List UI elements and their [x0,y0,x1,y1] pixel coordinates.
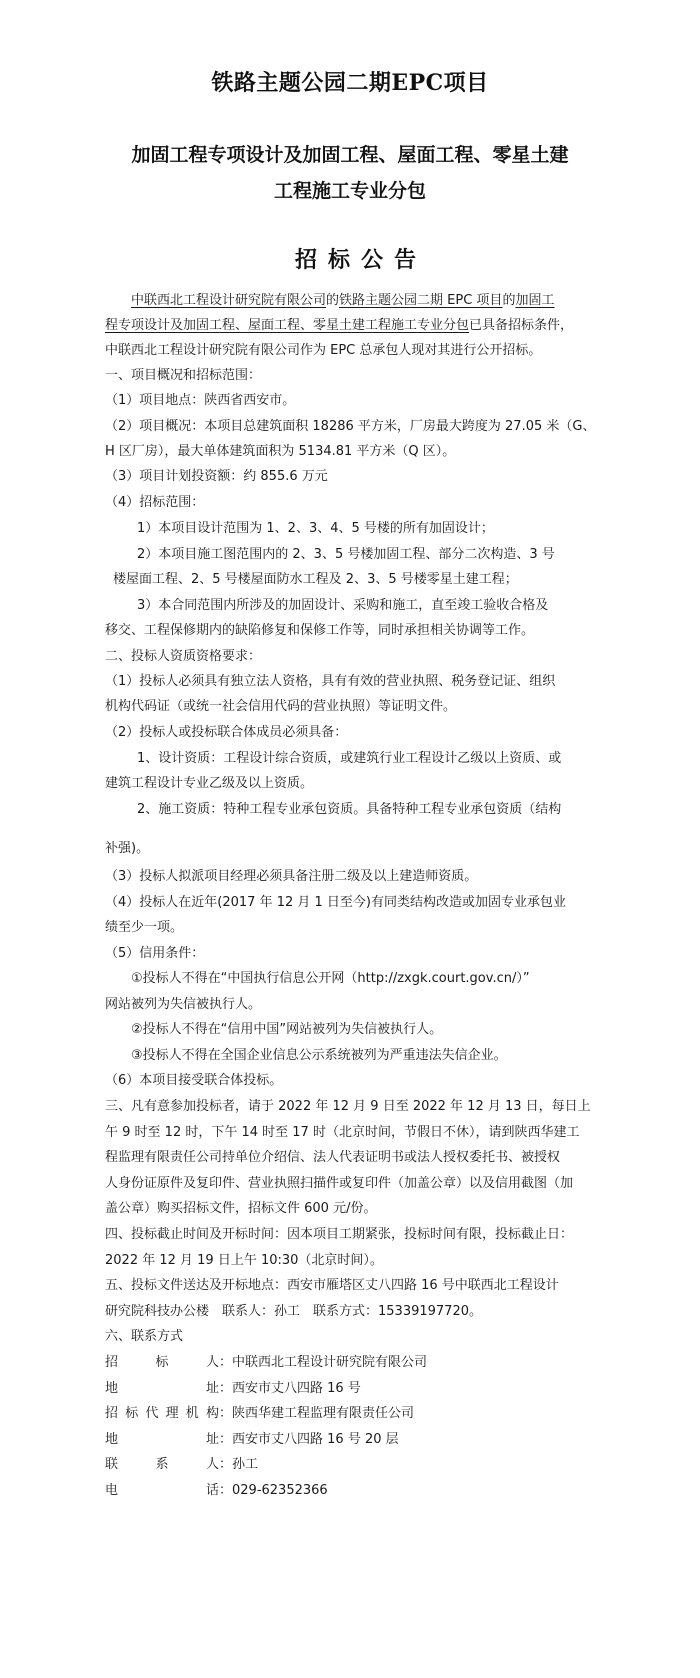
package-name-part-2: 程专项设计及加固工程、屋面工程、零星土建工程施工专业分包 [105,318,469,333]
section-6-heading: 六、联系方式 [105,1328,600,1346]
section-3-line-3: 程监理有限责任公司持单位介绍信、法人代表证明书或法人授权委托书、被授权 [105,1149,600,1167]
contact-label: 招标人 [105,1354,219,1372]
section-2-item-4-line-2: 绩至少一项。 [105,919,600,937]
contact-colon: ： [219,1406,232,1421]
contact-value: 西安市丈八四路 16 号 [232,1381,361,1396]
section-5-line-2: 研究院科技办公楼 联系人：孙工 联系方式：15339197720。 [105,1303,600,1321]
credit-condition-1-line-1: ①投标人不得在“中国执行信息公开网（http://zxgk.court.gov.… [105,970,626,988]
contact-label: 电话 [105,1482,219,1500]
contact-row-tenderee-address: 地址：西安市丈八四路 16 号 [105,1380,600,1398]
section-1-item-1: （1）项目地点：陕西省西安市。 [105,392,600,410]
contact-value: 西安市丈八四路 16 号 20 层 [232,1432,399,1447]
contact-row-phone: 电话：029-62352366 [105,1482,600,1500]
contact-colon: ： [219,1381,232,1396]
contact-row-agency-address: 地址：西安市丈八四路 16 号 20 层 [105,1431,600,1449]
section-4-line-2: 2022 年 12 月 19 日上午 10:30（北京时间）。 [105,1252,600,1270]
scope-1: 1）本项目设计范围为 1、2、3、4、5 号楼的所有加固设计； [105,520,632,538]
contact-value: 陕西华建工程监理有限责任公司 [232,1406,414,1421]
contact-label: 联系人 [105,1456,219,1474]
section-1-item-2-line-2: H 区厂房），最大单体建筑面积为 5134.81 平方米（Q 区）。 [105,443,600,461]
section-3-line-2: 午 9 时至 12 时，下午 14 时至 17 时（北京时间，节假日不休），请到… [105,1124,600,1142]
scope-2-line-2: 楼屋面工程、2、5 号楼屋面防水工程及 2、3、5 号楼零星土建工程； [105,571,608,589]
section-1-item-3: （3）项目计划投资额：约 855.6 万元 [105,468,600,486]
section-2-item-3: （3）投标人拟派项目经理必须具备注册二级及以上建造师资质。 [105,868,600,886]
qualification-1-line-2: 建筑工程设计专业乙级及以上资质。 [105,775,600,793]
intro-text: 的 [326,293,339,308]
section-2-item-2-heading: （2）投标人或投标联合体成员必须具备： [105,724,600,742]
intro-text: 的 [502,293,515,308]
contact-label: 地址 [105,1431,219,1449]
project-title: 铁路主题公园二期EPC项目 [0,66,700,97]
contact-value: 中联西北工程设计研究院有限公司 [232,1355,427,1370]
contact-value: 孙工 [232,1457,258,1472]
qualification-2-line-1: 2、施工资质：特种工程专业承包资质。具备特种工程专业承包资质（结构 [105,801,632,819]
scope-3-line-1: 3）本合同范围内所涉及的加固设计、采购和施工，直至竣工验收合格及 [105,597,632,615]
section-3-line-5: 盖公章）购买招标文件，招标文件 600 元/份。 [105,1200,600,1218]
scope-3-line-2: 移交、工程保修期内的缺陷修复和保修工作等，同时承担相关协调等工作。 [105,622,600,640]
contact-value: 029-62352366 [232,1483,328,1498]
scope-2-line-1: 2）本项目施工图范围内的 2、3、5 号楼加固工程、部分二次构造、3 号 [105,546,632,564]
contact-colon: ： [219,1355,232,1370]
contact-colon: ： [219,1483,232,1498]
section-1-item-4-heading: （4）招标范围： [105,494,600,512]
section-3-line-1: 三、凡有意参加投标者，请于 2022 年 12 月 9 日至 2022 年 12… [105,1098,600,1116]
credit-condition-2: ②投标人不得在“信用中国”网站被列为失信被执行人。 [105,1021,626,1039]
tenderee-name: 中联西北工程设计研究院有限公司 [131,293,326,308]
intro-line-2: 程专项设计及加固工程、屋面工程、零星土建工程施工专业分包已具备招标条件， [105,317,600,335]
section-1-heading: 一、项目概况和招标范围： [105,367,600,385]
contact-row-agency: 招标代理机构：陕西华建工程监理有限责任公司 [105,1405,600,1423]
credit-condition-1-line-2: 网站被列为失信被执行人。 [105,996,600,1014]
section-3-line-4: 人身份证原件及复印件、营业执照扫描件或复印件（加盖公章）以及信用截图（加 [105,1175,600,1193]
intro-text: 已具备招标条件， [469,318,573,333]
package-title-line-2: 工程施工专业分包 [0,176,700,203]
notice-heading: 招标公告 [0,243,700,274]
contact-row-tenderee: 招标人：中联西北工程设计研究院有限公司 [105,1354,600,1372]
credit-condition-3: ③投标人不得在全国企业信息公示系统被列为严重违法失信企业。 [105,1047,626,1065]
section-2-item-6: （6）本项目接受联合体投标。 [105,1072,600,1090]
contact-colon: ： [219,1432,232,1447]
qualification-2-line-2: 补强)。 [105,840,600,858]
section-2-item-4-line-1: （4）投标人在近年(2017 年 12 月 1 日至今)有同类结构改造或加固专业… [105,894,600,912]
section-1-item-2-line-1: （2）项目概况：本项目总建筑面积 18286 平方米，厂房最大跨度为 27.05… [105,418,600,436]
project-name: 铁路主题公园二期 EPC 项目 [339,293,502,308]
section-4-line-1: 四、投标截止时间及开标时间：因本项目工期紧张，投标时间有限，投标截止日： [105,1226,600,1244]
section-5-line-1: 五、投标文件送达及开标地点：西安市雁塔区丈八四路 16 号中联西北工程设计 [105,1277,600,1295]
section-2-item-5-heading: （5）信用条件： [105,945,600,963]
contact-label: 招标代理机构 [105,1405,219,1423]
section-2-heading: 二、投标人资质资格要求： [105,648,600,666]
intro-line-1: 中联西北工程设计研究院有限公司的铁路主题公园二期 EPC 项目的加固工 [105,292,600,310]
package-name-part-1: 加固工 [515,293,554,308]
tender-notice-page: 铁路主题公园二期EPC项目 加固工程专项设计及加固工程、屋面工程、零星土建 工程… [0,0,700,1678]
contact-label: 地址 [105,1380,219,1398]
intro-line-3: 中联西北工程设计研究院有限公司作为 EPC 总承包人现对其进行公开招标。 [105,342,600,360]
package-title-line-1: 加固工程专项设计及加固工程、屋面工程、零星土建 [0,140,700,167]
contact-row-contact-person: 联系人：孙工 [105,1456,600,1474]
section-2-item-1-line-1: （1）投标人必须具有独立法人资格，具有有效的营业执照、税务登记证、组织 [105,673,600,691]
qualification-1-line-1: 1、设计资质：工程设计综合资质，或建筑行业工程设计乙级以上资质、或 [105,750,632,768]
section-2-item-1-line-2: 机构代码证（或统一社会信用代码的营业执照）等证明文件。 [105,698,600,716]
contact-colon: ： [219,1457,232,1472]
